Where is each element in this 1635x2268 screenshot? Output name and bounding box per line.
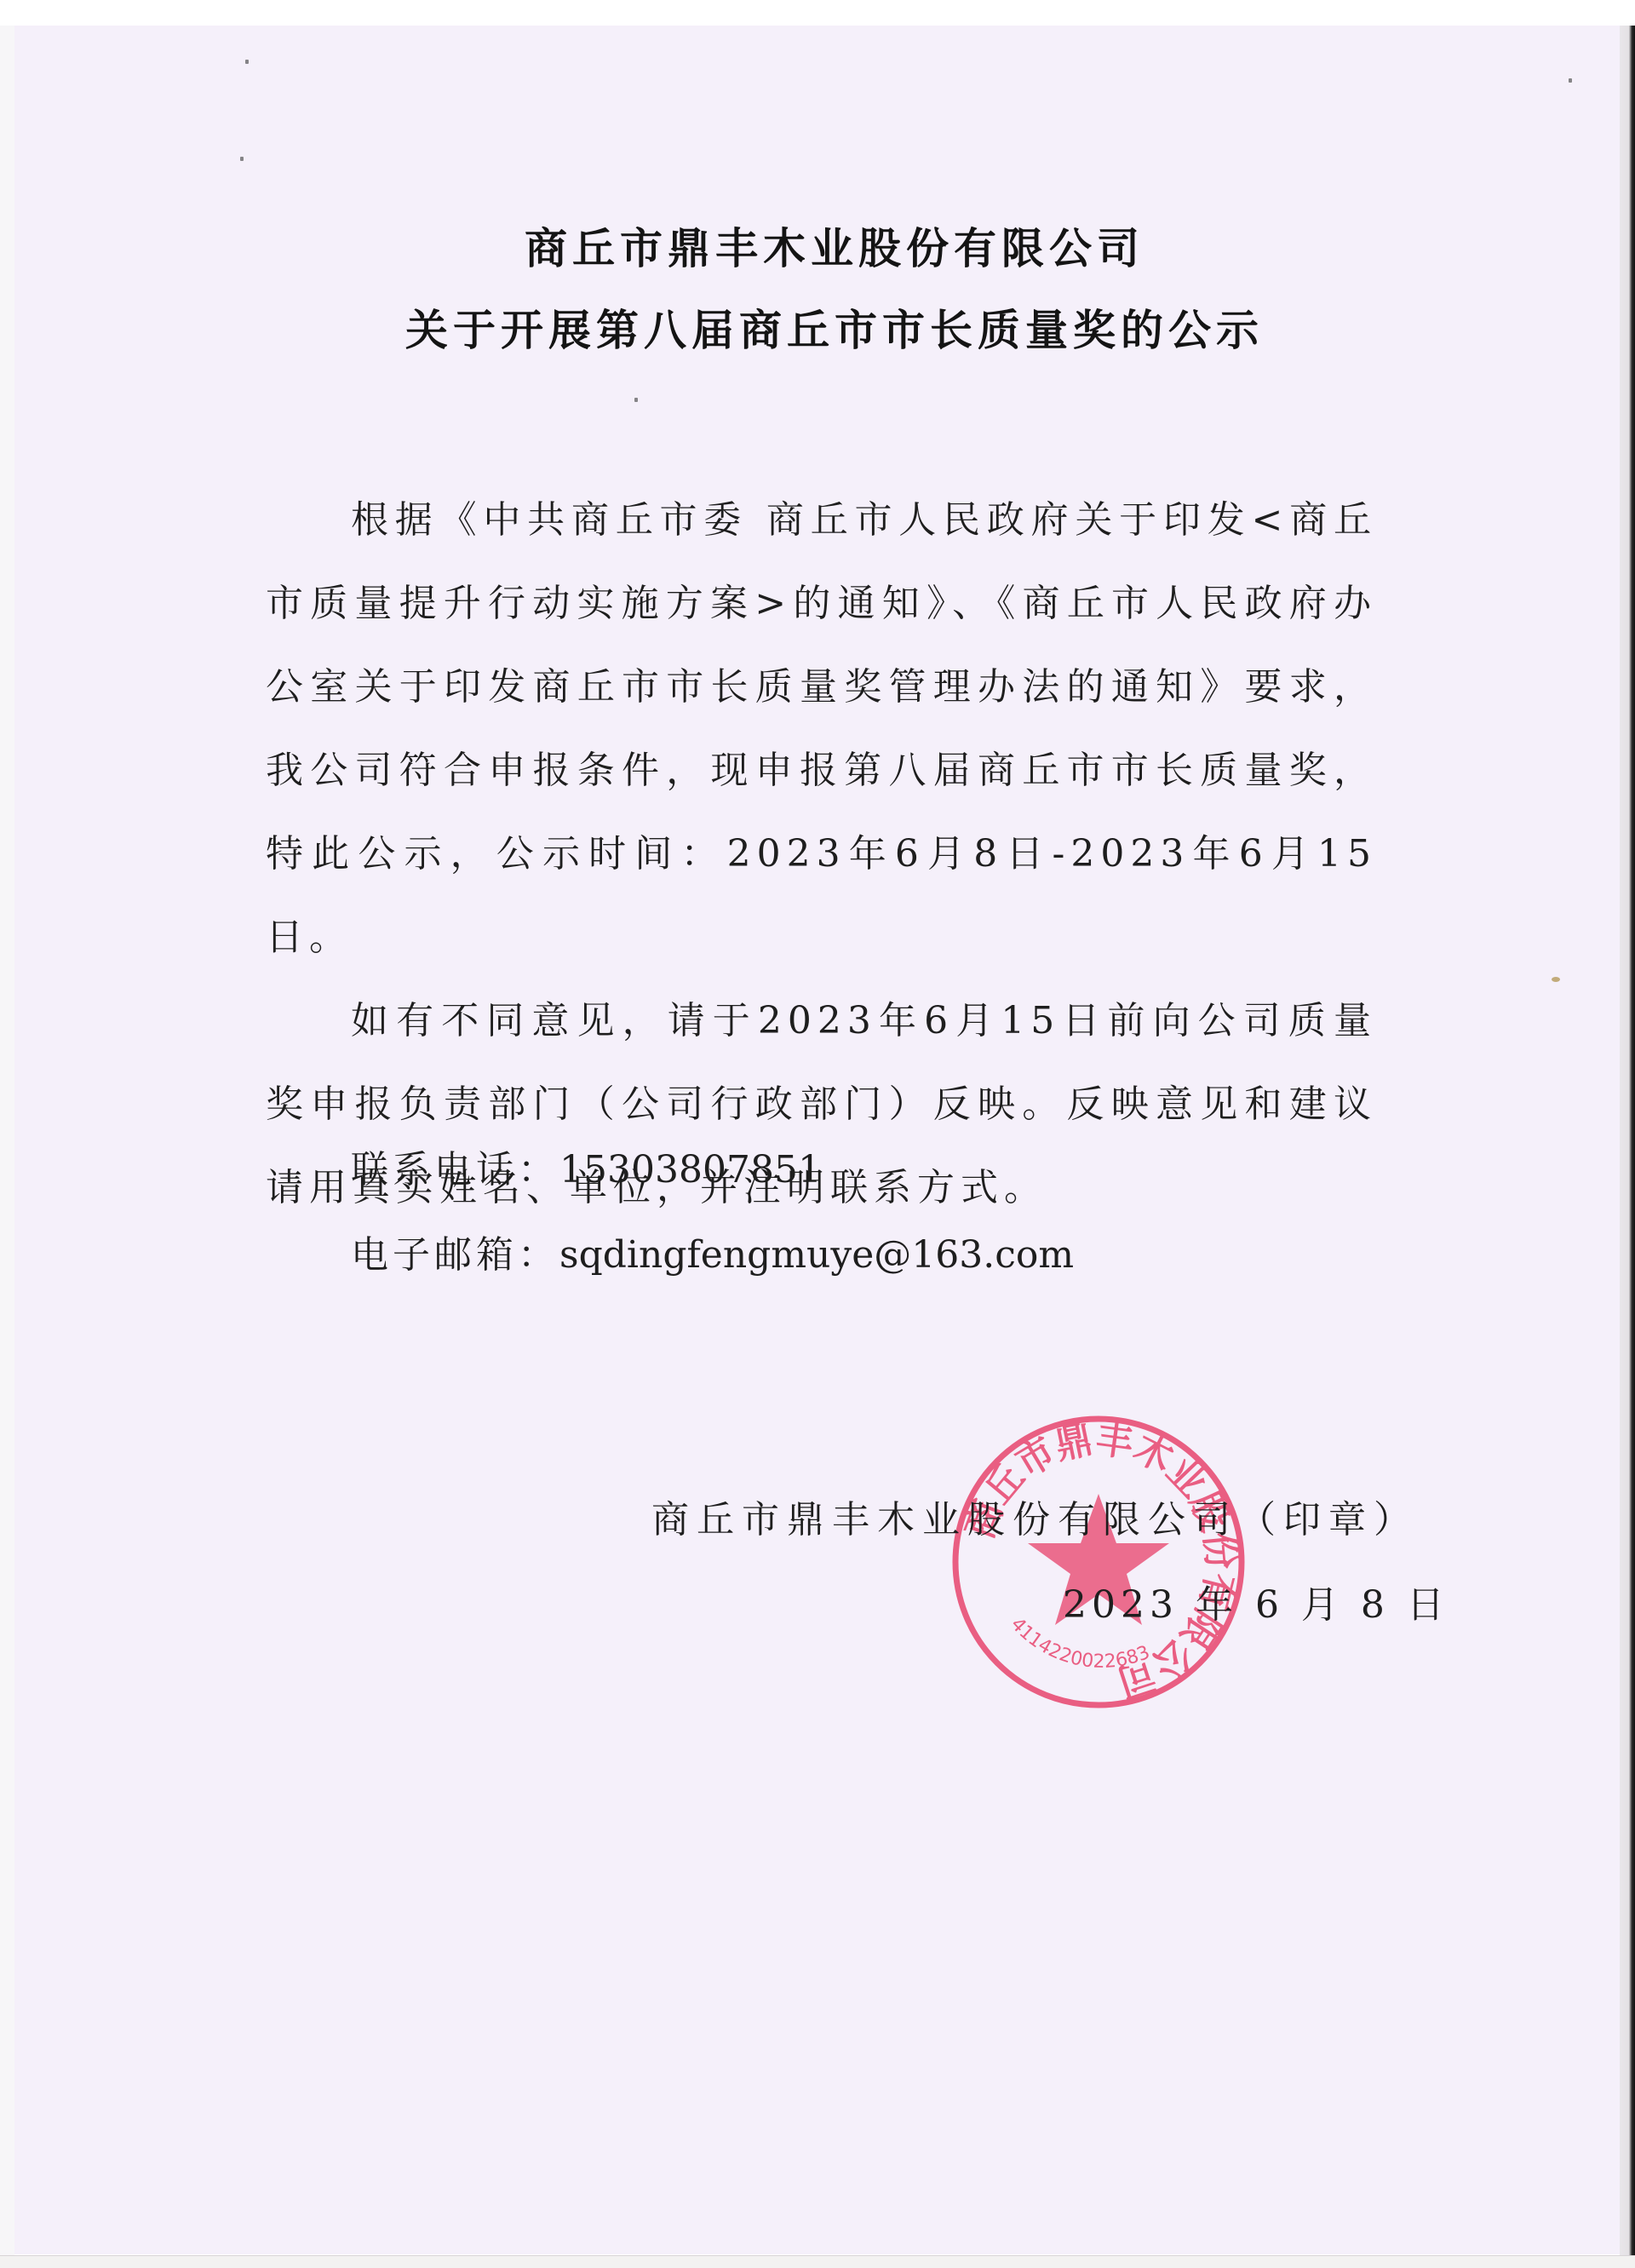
scan-speck [1569, 78, 1572, 83]
email-label: 电子邮箱： [351, 1233, 559, 1277]
contact-phone: 联系电话：15303807851 [351, 1145, 822, 1196]
scan-left-edge [0, 26, 14, 2257]
company-seal-stamp: 商丘市鼎丰木业股份有限公司 4114220022683 [949, 1415, 1248, 1709]
document-title-line-1: 商丘市鼎丰木业股份有限公司 [0, 223, 1635, 274]
scan-right-edge [1620, 26, 1635, 2257]
phone-value: 15303807851 [559, 1148, 822, 1191]
email-value: sqdingfengmuye@163.com [559, 1233, 1074, 1277]
scan-speck [1552, 977, 1560, 982]
signature-company: 商丘市鼎丰木业股份有限公司（印章） [651, 1495, 1419, 1546]
document-title-line-2: 关于开展第八届商丘市市长质量奖的公示 [0, 305, 1635, 356]
document-body: 根据《中共商丘市委 商丘市人民政府关于印发<商丘市质量提升行动实施方案>的通知》… [266, 479, 1377, 1230]
scan-speck [634, 398, 638, 402]
scan-bottom-edge [0, 2255, 1635, 2268]
signature-date: 2023 年 6 月 8 日 [1063, 1580, 1449, 1631]
scan-speck [240, 157, 244, 161]
paragraph-announcement: 根据《中共商丘市委 商丘市人民政府关于印发<商丘市质量提升行动实施方案>的通知》… [266, 479, 1377, 979]
phone-label: 联系电话： [351, 1148, 559, 1191]
scan-speck [245, 60, 249, 64]
contact-email: 电子邮箱：sqdingfengmuye@163.com [351, 1230, 1074, 1281]
